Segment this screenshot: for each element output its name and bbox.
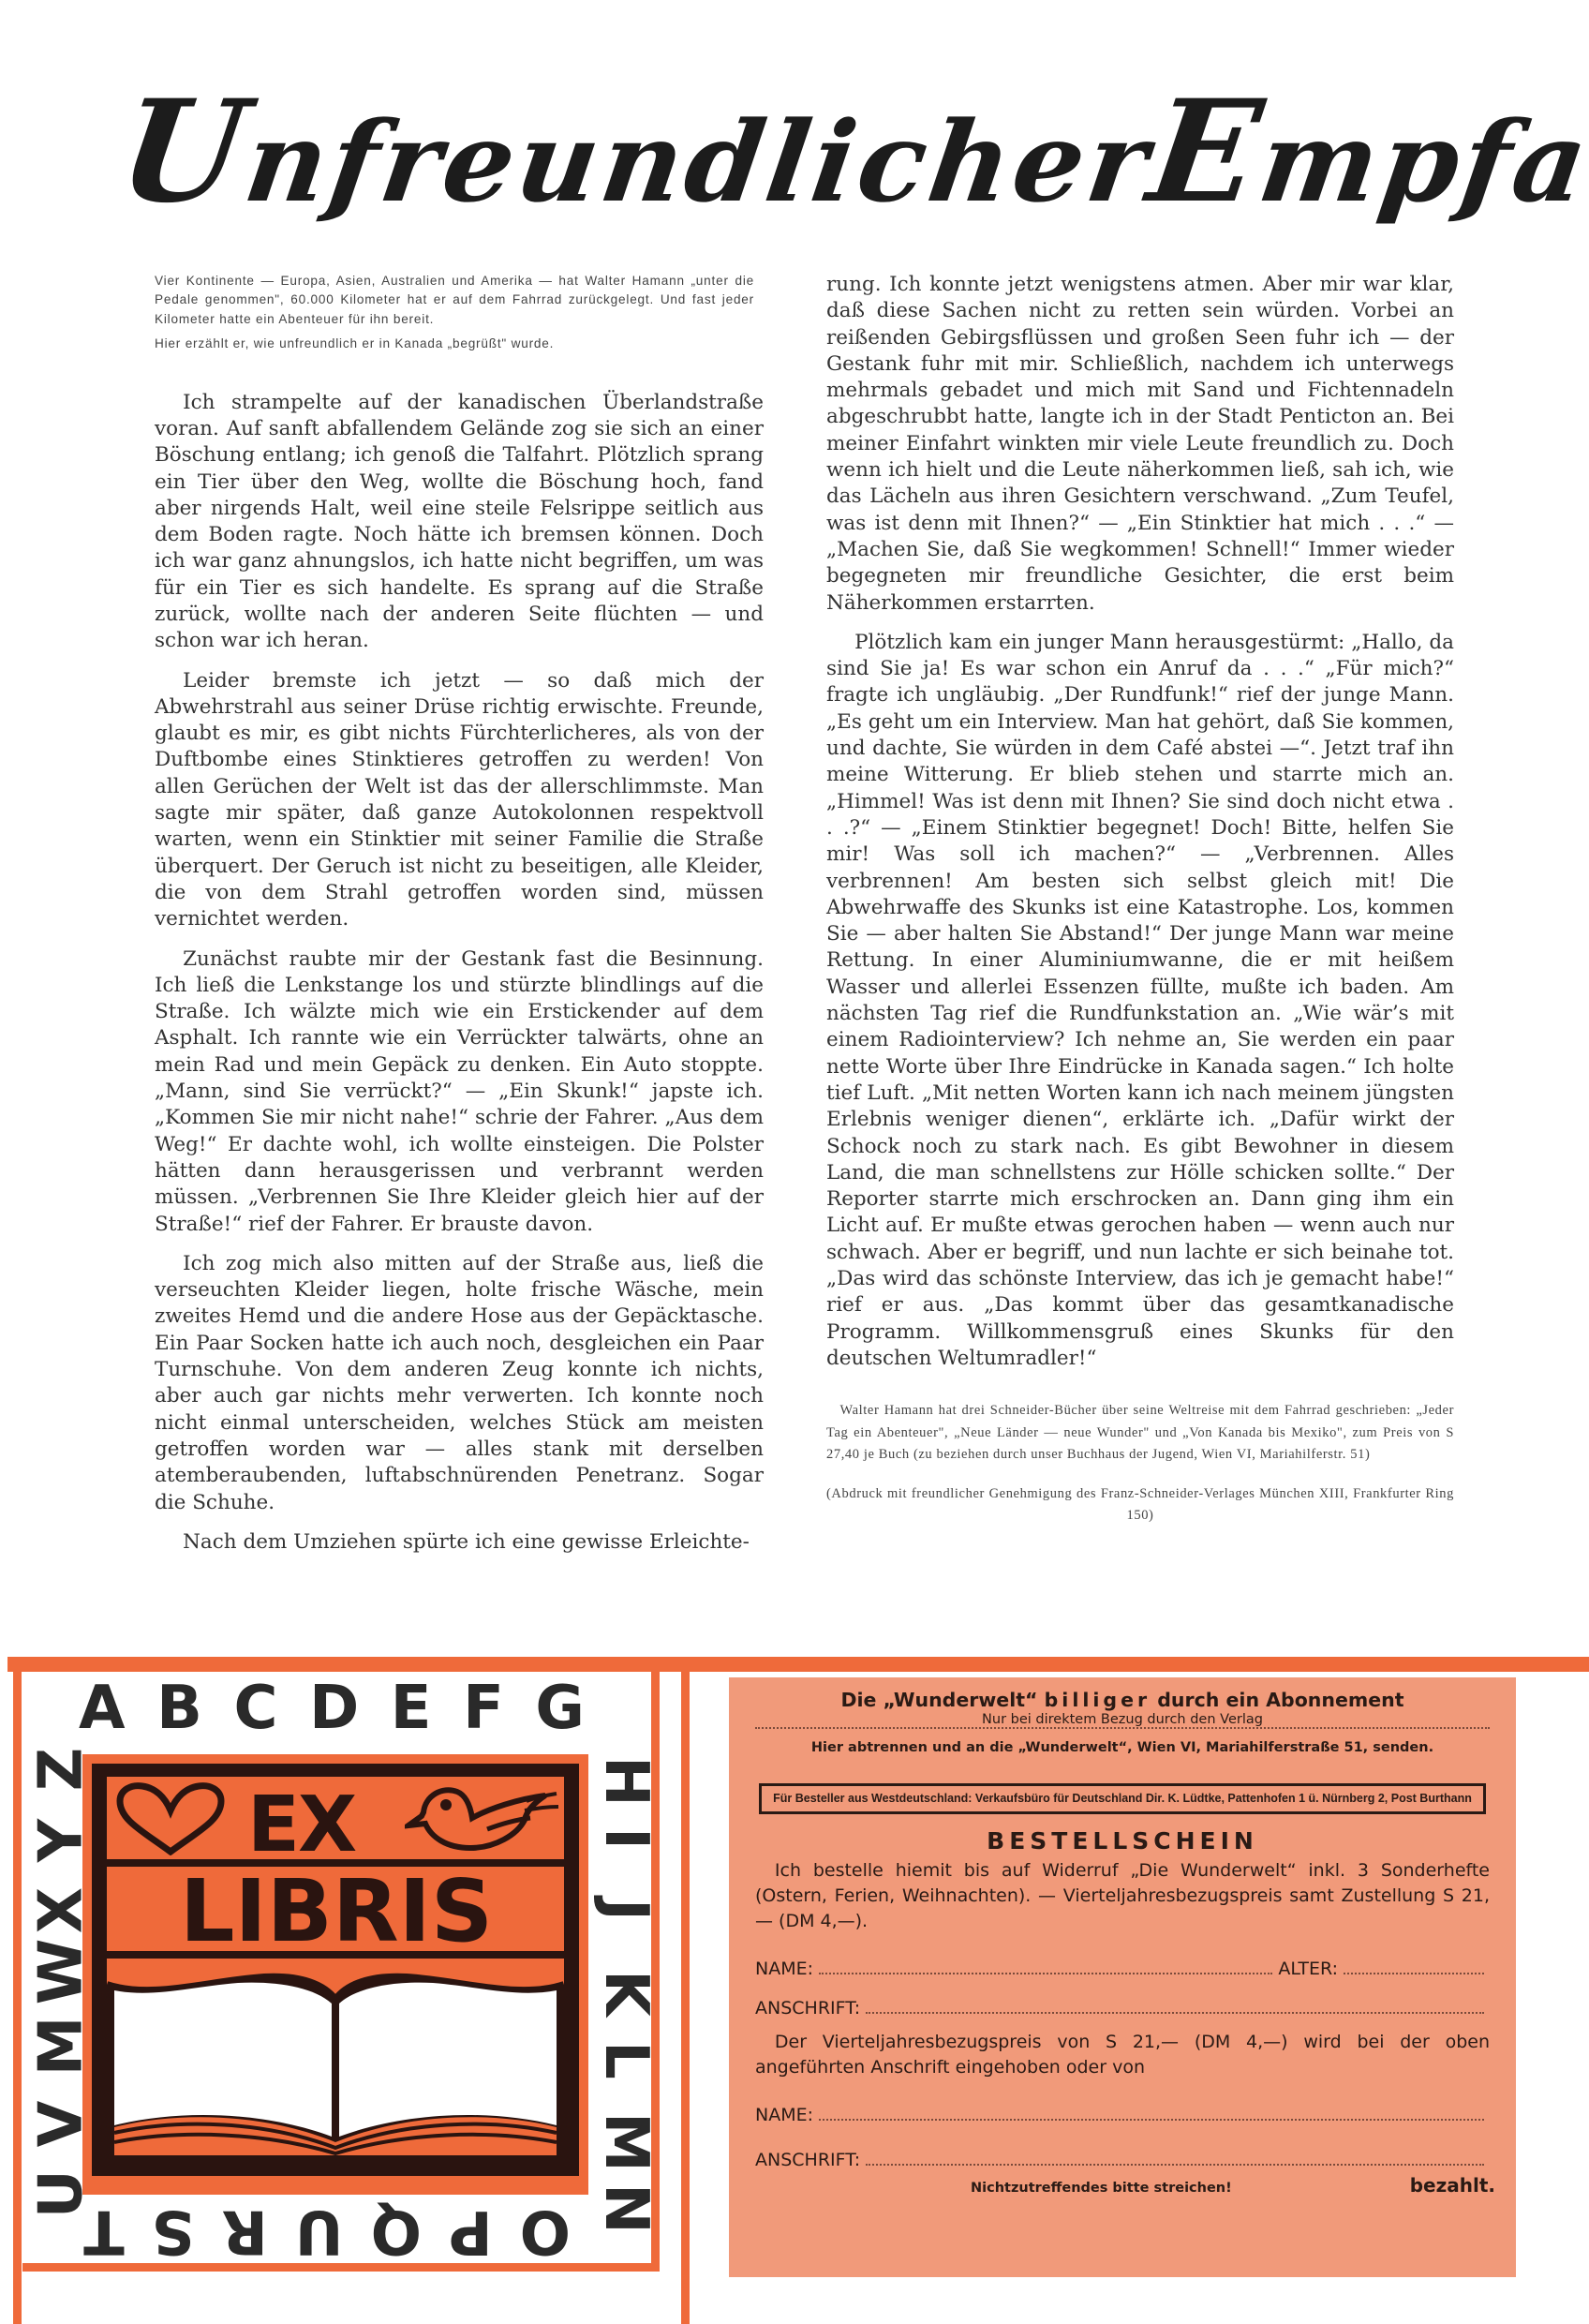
payer-address-label: ANSCHRIFT: (755, 2150, 860, 2170)
exlibris-plate: EX LIBRIS (82, 1754, 588, 2195)
body-paragraph: Ich strampelte auf der kanadischen Überl… (155, 390, 764, 655)
payer-address-field[interactable] (866, 2164, 1484, 2166)
body-paragraph: Ich zog mich also mitten auf der Straße … (155, 1251, 764, 1516)
body-paragraph: Zunächst raubte mir der Gestank fast die… (155, 946, 764, 1238)
exlibris-libris-panel: LIBRIS (107, 1867, 564, 1951)
name-field-row: NAME: ALTER: (755, 1959, 1490, 1979)
alphabet-bottom: O P Q U R S T (83, 2197, 571, 2266)
intro-paragraph: Hier erzählt er, wie unfreundlich er in … (155, 335, 754, 353)
alphabet-right: H I J K L M N (596, 1756, 656, 2243)
order-form-title: BESTELLSCHEIN (755, 1827, 1490, 1855)
title-part-1: Unfreundlicher (111, 69, 1164, 234)
cut-line (755, 1727, 1490, 1729)
address-field[interactable] (866, 2012, 1484, 2014)
age-label: ALTER: (1278, 1959, 1338, 1979)
reprint-credit: (Abdruck mit freundlicher Genehmigung de… (826, 1483, 1454, 1527)
exlibris-plate-inner: EX LIBRIS (92, 1764, 579, 2176)
heart-icon (114, 1782, 227, 1855)
article-intro: Vier Kontinente — Europa, Asien, Austral… (155, 272, 754, 354)
name-label: NAME: (755, 1959, 813, 1979)
address-field-row: ANSCHRIFT: (755, 1998, 1490, 2019)
alphabet-top: A B C D E F G (79, 1674, 585, 1743)
libris-label: LIBRIS (116, 1861, 557, 1961)
article-column-left: Vier Kontinente — Europa, Asien, Austral… (155, 272, 764, 1569)
section-divider-bar (7, 1657, 1589, 1672)
address-label: ANSCHRIFT: (755, 1998, 860, 2019)
name-field[interactable] (819, 1973, 1272, 1974)
body-paragraph: Plötzlich kam ein junger Mann herausgest… (826, 630, 1454, 1372)
order-text: Ich bestelle hiemit bis auf Widerruf „Di… (755, 1858, 1490, 1934)
coupon-footer: Nichtzutreffendes bitte streichen! bezah… (755, 2174, 1490, 2197)
open-book-icon (107, 1959, 564, 2165)
article-column-right: rung. Ich konnte jetzt wenigstens atmen.… (826, 272, 1454, 1527)
exlibris-top-panel: EX (107, 1777, 564, 1859)
payer-name-label: NAME: (755, 2105, 813, 2125)
cut-instruction: Hier abtrennen und an die „Wunderwelt“, … (755, 1740, 1490, 1755)
article-body-left: Ich strampelte auf der kanadischen Überl… (155, 390, 764, 1556)
exlibris-graphic: A B C D E F G H I J K L M N O P Q U R S … (22, 1672, 669, 2272)
body-paragraph: Nach dem Umziehen spürte ich eine gewiss… (155, 1529, 764, 1556)
body-paragraph: rung. Ich konnte jetzt wenigstens atmen.… (826, 272, 1454, 617)
article-title: Unfreundlicher Empfang (122, 84, 1471, 234)
payer-name-field[interactable] (819, 2119, 1484, 2121)
ex-label: EX (247, 1780, 355, 1870)
body-paragraph: Leider bremste ich jetzt — so daß mich d… (155, 668, 764, 933)
vertical-divider (681, 1657, 690, 2324)
subscription-coupon: Die „Wunderwelt“ billiger durch ein Abon… (729, 1677, 1516, 2277)
book-footnote: Walter Hamann hat drei Schneider-Bücher … (826, 1400, 1454, 1527)
paid-label: bezahlt. (1410, 2174, 1495, 2197)
article-body-right: rung. Ich konnte jetzt wenigstens atmen.… (826, 272, 1454, 1372)
intro-paragraph: Vier Kontinente — Europa, Asien, Austral… (155, 272, 754, 329)
payment-text: Der Vierteljahresbezugspreis von S 21,— … (755, 2030, 1490, 2080)
west-germany-notice: Für Besteller aus Westdeutschland: Verka… (759, 1783, 1486, 1814)
bird-icon (405, 1782, 562, 1857)
payer-address-row: ANSCHRIFT: (755, 2150, 1490, 2170)
payer-name-row: NAME: (755, 2105, 1490, 2125)
age-field[interactable] (1344, 1973, 1484, 1974)
strike-note: Nichtzutreffendes bitte streichen! (971, 2181, 1232, 2196)
coupon-headline: Die „Wunderwelt“ billiger durch ein Abon… (755, 1689, 1490, 1711)
coupon-subline: Nur bei direktem Bezug durch den Verlag (755, 1712, 1490, 1727)
left-border (13, 1657, 22, 2324)
title-part-2: Empfang (1140, 69, 1589, 234)
